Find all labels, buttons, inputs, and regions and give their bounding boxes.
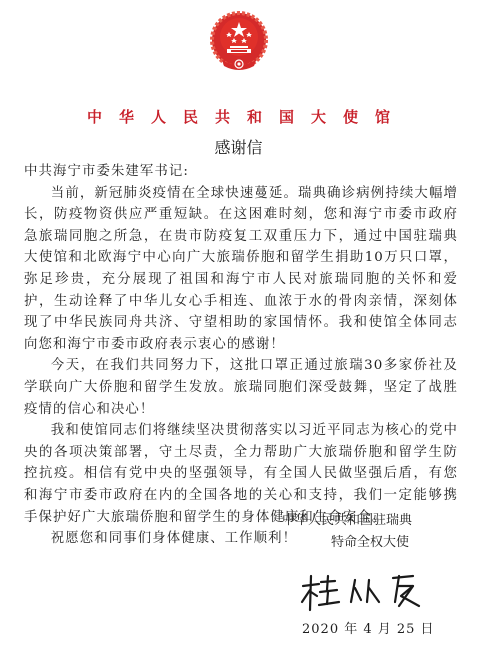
national-emblem-icon — [208, 10, 270, 76]
signer-title: 特命全权大使 — [280, 532, 460, 554]
handwritten-signature: 桂从友 — [295, 572, 435, 612]
signature-block: 中华人民共和国驻瑞典 特命全权大使 — [280, 510, 460, 554]
paragraph-1: 当前，新冠肺炎疫情在全球快速蔓延。瑞典确诊病例持续大幅增长，防疫物资供应严重短缺… — [24, 183, 458, 356]
signer-organization: 中华人民共和国驻瑞典 — [280, 510, 460, 532]
salutation: 中共海宁市委朱建军书记: — [24, 161, 458, 183]
paragraph-2: 今天，在我们共同努力下，这批口罩正通过旅瑞30多家侨社及学联向广大侨胞和留学生发… — [24, 355, 458, 420]
embassy-header: 中华人民共和国大使馆 — [0, 106, 477, 127]
letter-body: 中共海宁市委朱建军书记: 当前，新冠肺炎疫情在全球快速蔓延。瑞典确诊病例持续大幅… — [24, 161, 458, 550]
letter-date: 2020 年 4 月 25 日 — [302, 618, 435, 637]
document-title: 感谢信 — [0, 135, 477, 158]
